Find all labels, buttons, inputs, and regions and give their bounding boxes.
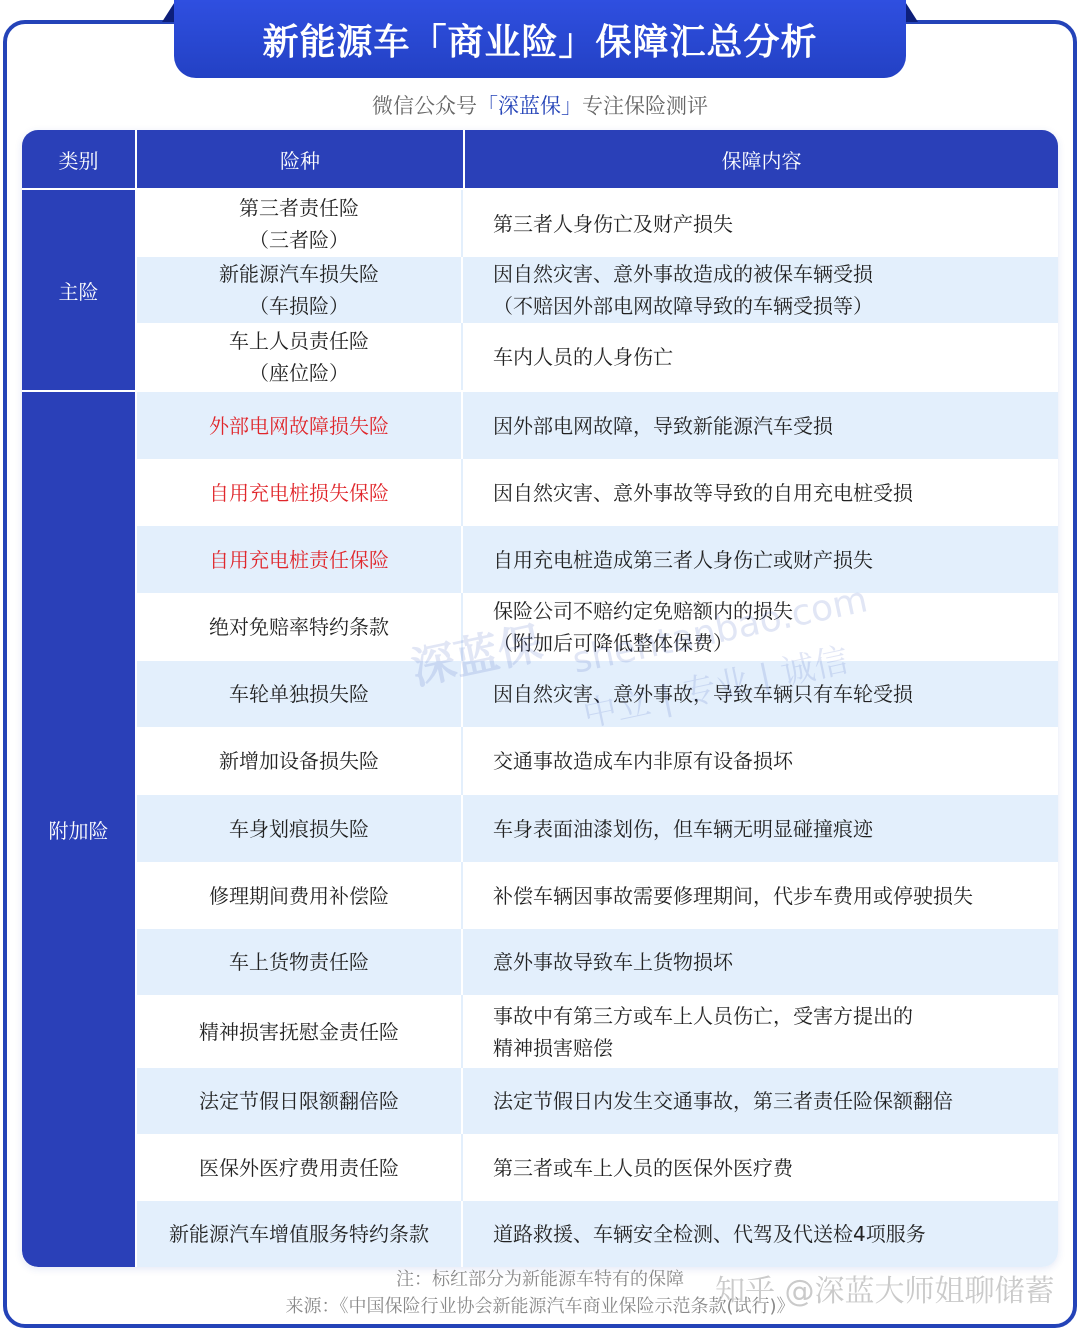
insurance-name-line: 自用充电桩损失保险 xyxy=(209,477,389,509)
insurance-name-cell: 医保外医疗费用责任险 xyxy=(137,1134,463,1201)
insurance-name-line: （座位险） xyxy=(249,357,349,389)
insurance-name-cell: 修理期间费用补偿险 xyxy=(137,862,463,929)
subtitle: 微信公众号「深蓝保」专注保险测评 xyxy=(0,90,1080,120)
table-row: 外部电网故障损失险因外部电网故障，导致新能源汽车受损 xyxy=(137,392,1058,459)
insurance-name-cell: 车身划痕损失险 xyxy=(137,795,463,862)
table-row: 医保外医疗费用责任险第三者或车上人员的医保外医疗费 xyxy=(137,1134,1058,1201)
coverage-line: 因自然灾害、意外事故，导致车辆只有车轮受损 xyxy=(493,678,913,710)
coverage-line: 道路救援、车辆安全检测、代驾及代送检4项服务 xyxy=(493,1218,926,1250)
coverage-cell: 车内人员的人身伤亡 xyxy=(463,323,1058,390)
insurance-name-cell: 车上货物责任险 xyxy=(137,929,463,995)
insurance-name-line: 车身划痕损失险 xyxy=(229,813,369,845)
coverage-line: 第三者或车上人员的医保外医疗费 xyxy=(493,1152,793,1184)
coverage-line: 车内人员的人身伤亡 xyxy=(493,341,673,373)
table-row: 车上货物责任险意外事故导致车上货物损坏 xyxy=(137,929,1058,995)
coverage-line: 法定节假日内发生交通事故，第三者责任险保额翻倍 xyxy=(493,1085,953,1117)
header-category: 类别 xyxy=(22,130,137,188)
table-group: 附加险外部电网故障损失险因外部电网故障，导致新能源汽车受损自用充电桩损失保险因自… xyxy=(22,390,1058,1267)
insurance-name-line: （三者险） xyxy=(249,224,349,256)
coverage-cell: 因自然灾害、意外事故，导致车辆只有车轮受损 xyxy=(463,661,1058,727)
insurance-name-cell: 绝对免赔率特约条款 xyxy=(137,593,463,661)
insurance-name-line: 法定节假日限额翻倍险 xyxy=(199,1085,399,1117)
table-row: 绝对免赔率特约条款保险公司不赔约定免赔额内的损失（附加后可降低整体保费） xyxy=(137,593,1058,661)
table-row: 新增加设备损失险交通事故造成车内非原有设备损坏 xyxy=(137,727,1058,795)
insurance-name-line: 车上人员责任险 xyxy=(229,325,369,357)
insurance-name-line: 自用充电桩责任保险 xyxy=(209,544,389,576)
coverage-line: （附加后可降低整体保费） xyxy=(493,627,733,659)
coverage-line: 补偿车辆因事故需要修理期间，代步车费用或停驶损失 xyxy=(493,880,973,912)
insurance-name-cell: 精神损害抚慰金责任险 xyxy=(137,995,463,1068)
coverage-line: 第三者人身伤亡及财产损失 xyxy=(493,208,733,240)
table-row: 车身划痕损失险车身表面油漆划伤，但车辆无明显碰撞痕迹 xyxy=(137,795,1058,862)
table-row: 法定节假日限额翻倍险法定节假日内发生交通事故，第三者责任险保额翻倍 xyxy=(137,1068,1058,1134)
table-row: 车轮单独损失险因自然灾害、意外事故，导致车辆只有车轮受损 xyxy=(137,661,1058,727)
insurance-name-line: 医保外医疗费用责任险 xyxy=(199,1152,399,1184)
insurance-name-line: 绝对免赔率特约条款 xyxy=(209,611,389,643)
coverage-cell: 第三者或车上人员的医保外医疗费 xyxy=(463,1134,1058,1201)
table-body: 主险第三者责任险（三者险）第三者人身伤亡及财产损失新能源汽车损失险（车损险）因自… xyxy=(22,188,1058,1267)
table-row: 新能源汽车增值服务特约条款道路救援、车辆安全检测、代驾及代送检4项服务 xyxy=(137,1201,1058,1267)
coverage-cell: 因自然灾害、意外事故造成的被保车辆受损（不赔因外部电网故障导致的车辆受损等） xyxy=(463,257,1058,323)
insurance-name-cell: 自用充电桩损失保险 xyxy=(137,459,463,526)
group-rows: 外部电网故障损失险因外部电网故障，导致新能源汽车受损自用充电桩损失保险因自然灾害… xyxy=(137,392,1058,1267)
table-row: 自用充电桩责任保险自用充电桩造成第三者人身伤亡或财产损失 xyxy=(137,526,1058,593)
insurance-name-cell: 新增加设备损失险 xyxy=(137,727,463,795)
coverage-cell: 因自然灾害、意外事故等导致的自用充电桩受损 xyxy=(463,459,1058,526)
table-row: 精神损害抚慰金责任险事故中有第三方或车上人员伤亡，受害方提出的精神损害赔偿 xyxy=(137,995,1058,1068)
coverage-line: 事故中有第三方或车上人员伤亡，受害方提出的 xyxy=(493,1000,913,1032)
insurance-name-line: 新增加设备损失险 xyxy=(219,745,379,777)
insurance-name-line: 第三者责任险 xyxy=(239,192,359,224)
zhihu-watermark: 知乎 @深蓝大师姐聊储蓄 xyxy=(715,1266,1055,1310)
coverage-cell: 补偿车辆因事故需要修理期间，代步车费用或停驶损失 xyxy=(463,862,1058,929)
coverage-table: 类别 险种 保障内容 主险第三者责任险（三者险）第三者人身伤亡及财产损失新能源汽… xyxy=(22,130,1058,1267)
ribbon-fold-right xyxy=(904,0,918,22)
coverage-line: 因自然灾害、意外事故等导致的自用充电桩受损 xyxy=(493,477,913,509)
coverage-cell: 事故中有第三方或车上人员伤亡，受害方提出的精神损害赔偿 xyxy=(463,995,1058,1068)
insurance-name-line: 车上货物责任险 xyxy=(229,946,369,978)
coverage-line: （不赔因外部电网故障导致的车辆受损等） xyxy=(493,290,873,322)
subtitle-brand: 「深蓝保」 xyxy=(477,94,582,118)
page-title: 新能源车「商业险」保障汇总分析 xyxy=(174,0,906,78)
insurance-name-cell: 新能源汽车增值服务特约条款 xyxy=(137,1201,463,1267)
coverage-line: 保险公司不赔约定免赔额内的损失 xyxy=(493,595,793,627)
header-insurance-type: 险种 xyxy=(137,130,465,188)
coverage-line: 车身表面油漆划伤，但车辆无明显碰撞痕迹 xyxy=(493,813,873,845)
insurance-name-line: 外部电网故障损失险 xyxy=(209,410,389,442)
insurance-name-line: 精神损害抚慰金责任险 xyxy=(199,1016,399,1048)
coverage-cell: 法定节假日内发生交通事故，第三者责任险保额翻倍 xyxy=(463,1068,1058,1134)
table-group: 主险第三者责任险（三者险）第三者人身伤亡及财产损失新能源汽车损失险（车损险）因自… xyxy=(22,188,1058,390)
coverage-cell: 因外部电网故障，导致新能源汽车受损 xyxy=(463,392,1058,459)
subtitle-prefix: 微信公众号 xyxy=(372,94,477,118)
insurance-name-cell: 自用充电桩责任保险 xyxy=(137,526,463,593)
coverage-cell: 保险公司不赔约定免赔额内的损失（附加后可降低整体保费） xyxy=(463,593,1058,661)
insurance-name-line: 新能源汽车增值服务特约条款 xyxy=(169,1218,429,1250)
table-row: 第三者责任险（三者险）第三者人身伤亡及财产损失 xyxy=(137,190,1058,257)
coverage-line: 精神损害赔偿 xyxy=(493,1032,613,1064)
category-cell: 附加险 xyxy=(22,392,137,1267)
insurance-name-cell: 法定节假日限额翻倍险 xyxy=(137,1068,463,1134)
coverage-line: 交通事故造成车内非原有设备损坏 xyxy=(493,745,793,777)
table-row: 修理期间费用补偿险补偿车辆因事故需要修理期间，代步车费用或停驶损失 xyxy=(137,862,1058,929)
table-row: 新能源汽车损失险（车损险）因自然灾害、意外事故造成的被保车辆受损（不赔因外部电网… xyxy=(137,257,1058,323)
table-row: 车上人员责任险（座位险）车内人员的人身伤亡 xyxy=(137,323,1058,390)
insurance-name-line: （车损险） xyxy=(249,290,349,322)
insurance-name-cell: 第三者责任险（三者险） xyxy=(137,190,463,257)
group-rows: 第三者责任险（三者险）第三者人身伤亡及财产损失新能源汽车损失险（车损险）因自然灾… xyxy=(137,190,1058,390)
table-header: 类别 险种 保障内容 xyxy=(22,130,1058,188)
coverage-cell: 自用充电桩造成第三者人身伤亡或财产损失 xyxy=(463,526,1058,593)
coverage-cell: 车身表面油漆划伤，但车辆无明显碰撞痕迹 xyxy=(463,795,1058,862)
insurance-name-cell: 车轮单独损失险 xyxy=(137,661,463,727)
header-coverage: 保障内容 xyxy=(465,130,1058,188)
coverage-cell: 交通事故造成车内非原有设备损坏 xyxy=(463,727,1058,795)
coverage-cell: 第三者人身伤亡及财产损失 xyxy=(463,190,1058,257)
coverage-cell: 意外事故导致车上货物损坏 xyxy=(463,929,1058,995)
coverage-line: 因自然灾害、意外事故造成的被保车辆受损 xyxy=(493,258,873,290)
coverage-line: 自用充电桩造成第三者人身伤亡或财产损失 xyxy=(493,544,873,576)
coverage-line: 意外事故导致车上货物损坏 xyxy=(493,946,733,978)
insurance-name-cell: 车上人员责任险（座位险） xyxy=(137,323,463,390)
table-row: 自用充电桩损失保险因自然灾害、意外事故等导致的自用充电桩受损 xyxy=(137,459,1058,526)
coverage-line: 因外部电网故障，导致新能源汽车受损 xyxy=(493,410,833,442)
insurance-name-line: 新能源汽车损失险 xyxy=(219,258,379,290)
insurance-name-line: 修理期间费用补偿险 xyxy=(209,880,389,912)
category-cell: 主险 xyxy=(22,190,137,390)
subtitle-suffix: 专注保险测评 xyxy=(582,94,708,118)
insurance-name-cell: 新能源汽车损失险（车损险） xyxy=(137,257,463,323)
insurance-name-cell: 外部电网故障损失险 xyxy=(137,392,463,459)
coverage-cell: 道路救援、车辆安全检测、代驾及代送检4项服务 xyxy=(463,1201,1058,1267)
insurance-name-line: 车轮单独损失险 xyxy=(229,678,369,710)
